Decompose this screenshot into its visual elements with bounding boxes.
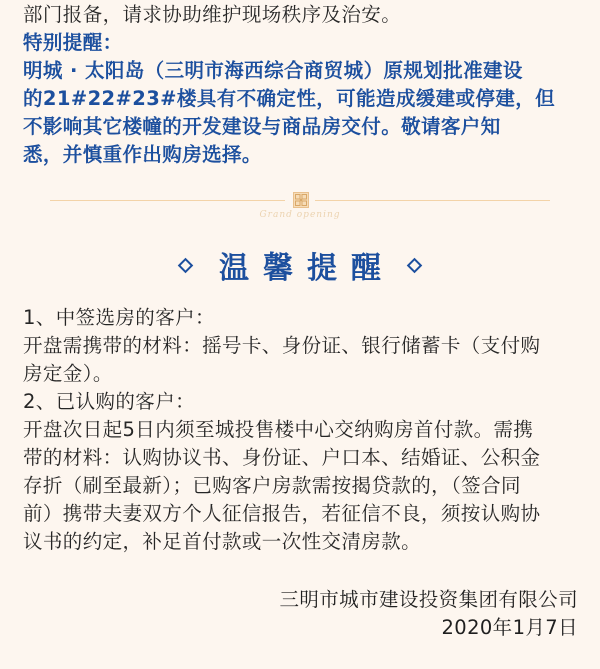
lattice-ornament-icon	[293, 192, 309, 208]
reminder-body: 1、中签选房的客户： 开盘需携带的材料：摇号卡、身份证、银行储蓄卡（支付购 房定…	[23, 304, 579, 556]
signature-organization: 三明市城市建设投资集团有限公司	[279, 586, 578, 614]
special-notice-line: 悉，并慎重作出购房选择。	[23, 141, 579, 169]
intro-section: 部门报备，请求协助维护现场秩序及治安。 特别提醒： 明城 · 太阳岛（三明市海西…	[23, 0, 579, 169]
special-notice-title: 特别提醒：	[23, 29, 579, 57]
reminder-line: 前）携带夫妻双方个人征信报告，若征信不良，须按认购协	[23, 500, 579, 528]
signature-date: 2020年1月7日	[279, 614, 578, 642]
reminder-line: 开盘需携带的材料：摇号卡、身份证、银行储蓄卡（支付购	[23, 332, 579, 360]
reminder-line: 开盘次日起5日内须至城投售楼中心交纳购房首付款。需携	[23, 416, 579, 444]
intro-text: 部门报备，请求协助维护现场秩序及治安。	[23, 1, 579, 29]
special-notice-line: 明城 · 太阳岛（三明市海西综合商贸城）原规划批准建设	[23, 57, 579, 85]
diamond-icon	[407, 257, 423, 273]
special-notice-line: 不影响其它楼幢的开发建设与商品房交付。敬请客户知	[23, 113, 579, 141]
section-divider: Grand opening	[0, 190, 600, 230]
diamond-icon	[178, 257, 194, 273]
reminder-item-heading: 2、已认购的客户：	[23, 388, 579, 416]
reminder-line: 房定金）。	[23, 360, 579, 388]
reminder-heading: 温馨提醒	[0, 240, 600, 290]
reminder-item-heading: 1、中签选房的客户：	[23, 304, 579, 332]
reminder-title: 温馨提醒	[219, 243, 395, 287]
divider-line-left	[50, 200, 285, 201]
divider-line-right	[315, 200, 550, 201]
divider-subtitle: Grand opening	[0, 210, 600, 220]
reminder-line: 带的材料：认购协议书、身份证、户口本、结婚证、公积金	[23, 444, 579, 472]
reminder-line: 存折（刷至最新）；已购客户房款需按揭贷款的，（签合同	[23, 472, 579, 500]
signature-block: 三明市城市建设投资集团有限公司 2020年1月7日	[279, 586, 578, 642]
reminder-line: 议书的约定，补足首付款或一次性交清房款。	[23, 528, 579, 556]
special-notice-line: 的21#22#23#楼具有不确定性，可能造成缓建或停建，但	[23, 85, 579, 113]
